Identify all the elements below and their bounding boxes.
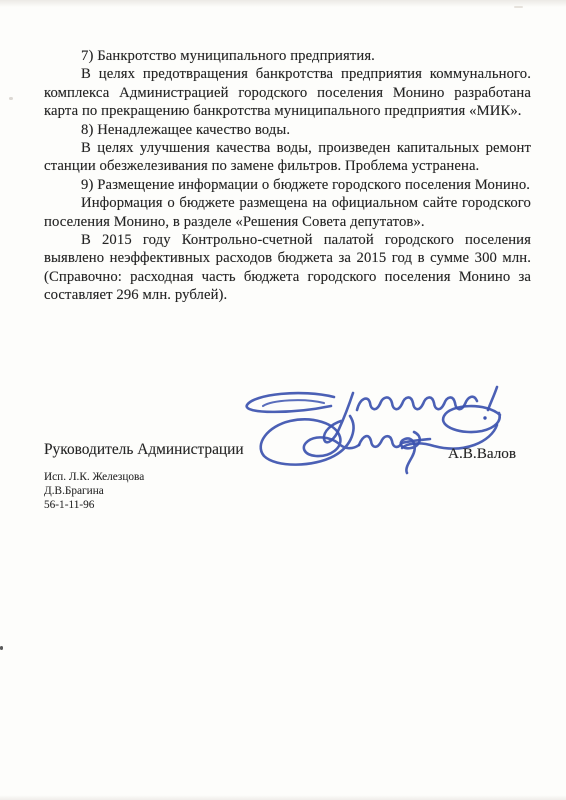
- signature-stroke: [488, 387, 497, 410]
- document-line: станции обезжелезивания по замене фильтр…: [44, 157, 531, 175]
- document-line: В 2015 году Контрольно-счетной палатой г…: [44, 231, 531, 249]
- signature-stroke: [401, 432, 420, 473]
- executor-line: Исп. Л.К. Железцова: [44, 471, 144, 485]
- document-text: 7) Банкротство муниципального предприяти…: [44, 47, 531, 304]
- scan-speck: [9, 97, 13, 100]
- signature-position-title: Руководитель Администрации: [44, 441, 244, 459]
- document-line: выявлено неэффективных расходов бюджета …: [44, 249, 531, 267]
- document-line: карта по прекращению банкротства муницип…: [44, 102, 531, 120]
- document-line: комплекса Администрацией городского посе…: [44, 84, 531, 102]
- signer-name: А.В.Валов: [448, 445, 516, 463]
- document-line: составляет 296 млн. рублей).: [44, 286, 531, 304]
- document-line: В целях предотвращения банкротства предп…: [44, 65, 531, 83]
- executor-line: Д.В.Брагина: [44, 485, 144, 499]
- document-line: 9) Размещение информации о бюджете город…: [44, 176, 531, 194]
- document-line: Информация о бюджете размещена на официа…: [44, 194, 531, 212]
- executor-line: 56-1-11-96: [44, 499, 144, 513]
- scan-speck: [0, 646, 3, 650]
- signature-stroke: [443, 406, 500, 432]
- scan-speck: [514, 6, 523, 8]
- document-line: поселения Монино, в разделе «Решения Сов…: [44, 213, 531, 231]
- signature-handwriting: С уважением!: [228, 376, 528, 488]
- scanned-letter-page: 7) Банкротство муниципального предприяти…: [0, 0, 566, 800]
- document-line: 8) Ненадлежащее качество воды.: [44, 121, 531, 139]
- signature-stroke: [261, 416, 359, 465]
- document-line: (Справочно: расходная часть бюджета горо…: [44, 268, 531, 286]
- executor-info: Исп. Л.К. ЖелезцоваД.В.Брагина56-1-11-96: [44, 471, 144, 513]
- document-line: В целях улучшения качества воды, произве…: [44, 139, 531, 157]
- signature-stroke: [263, 400, 324, 406]
- document-line: 7) Банкротство муниципального предприяти…: [44, 47, 531, 65]
